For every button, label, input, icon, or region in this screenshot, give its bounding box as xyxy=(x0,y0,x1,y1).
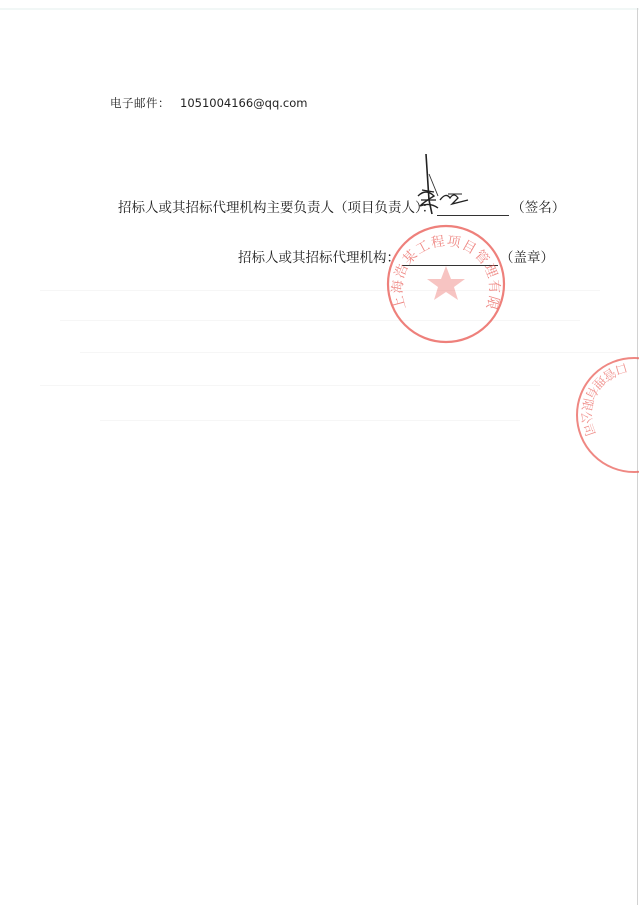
email-contact: 电子邮件：1051004166@qq.com xyxy=(110,95,307,111)
signature-row: 招标人或其招标代理机构主要负责人（项目负责人）：（签名） xyxy=(118,196,565,216)
seal-row: 招标人或其招标代理机构：（盖章） xyxy=(238,246,554,266)
email-value: 1051004166@qq.com xyxy=(180,96,307,110)
scan-top-edge xyxy=(0,8,639,10)
email-label: 电子邮件： xyxy=(110,96,170,110)
seal-suffix: （盖章） xyxy=(500,250,554,266)
seal-blank xyxy=(402,251,498,266)
handwritten-signature xyxy=(412,152,482,216)
signature-suffix: （签名） xyxy=(511,200,565,216)
signature-label: 招标人或其招标代理机构主要负责人（项目负责人）： xyxy=(118,200,435,216)
bleed-through-text xyxy=(0,270,639,510)
seal-label: 招标人或其招标代理机构： xyxy=(238,250,400,266)
document-page: 电子邮件：1051004166@qq.com 招标人或其招标代理机构主要负责人（… xyxy=(0,0,639,905)
